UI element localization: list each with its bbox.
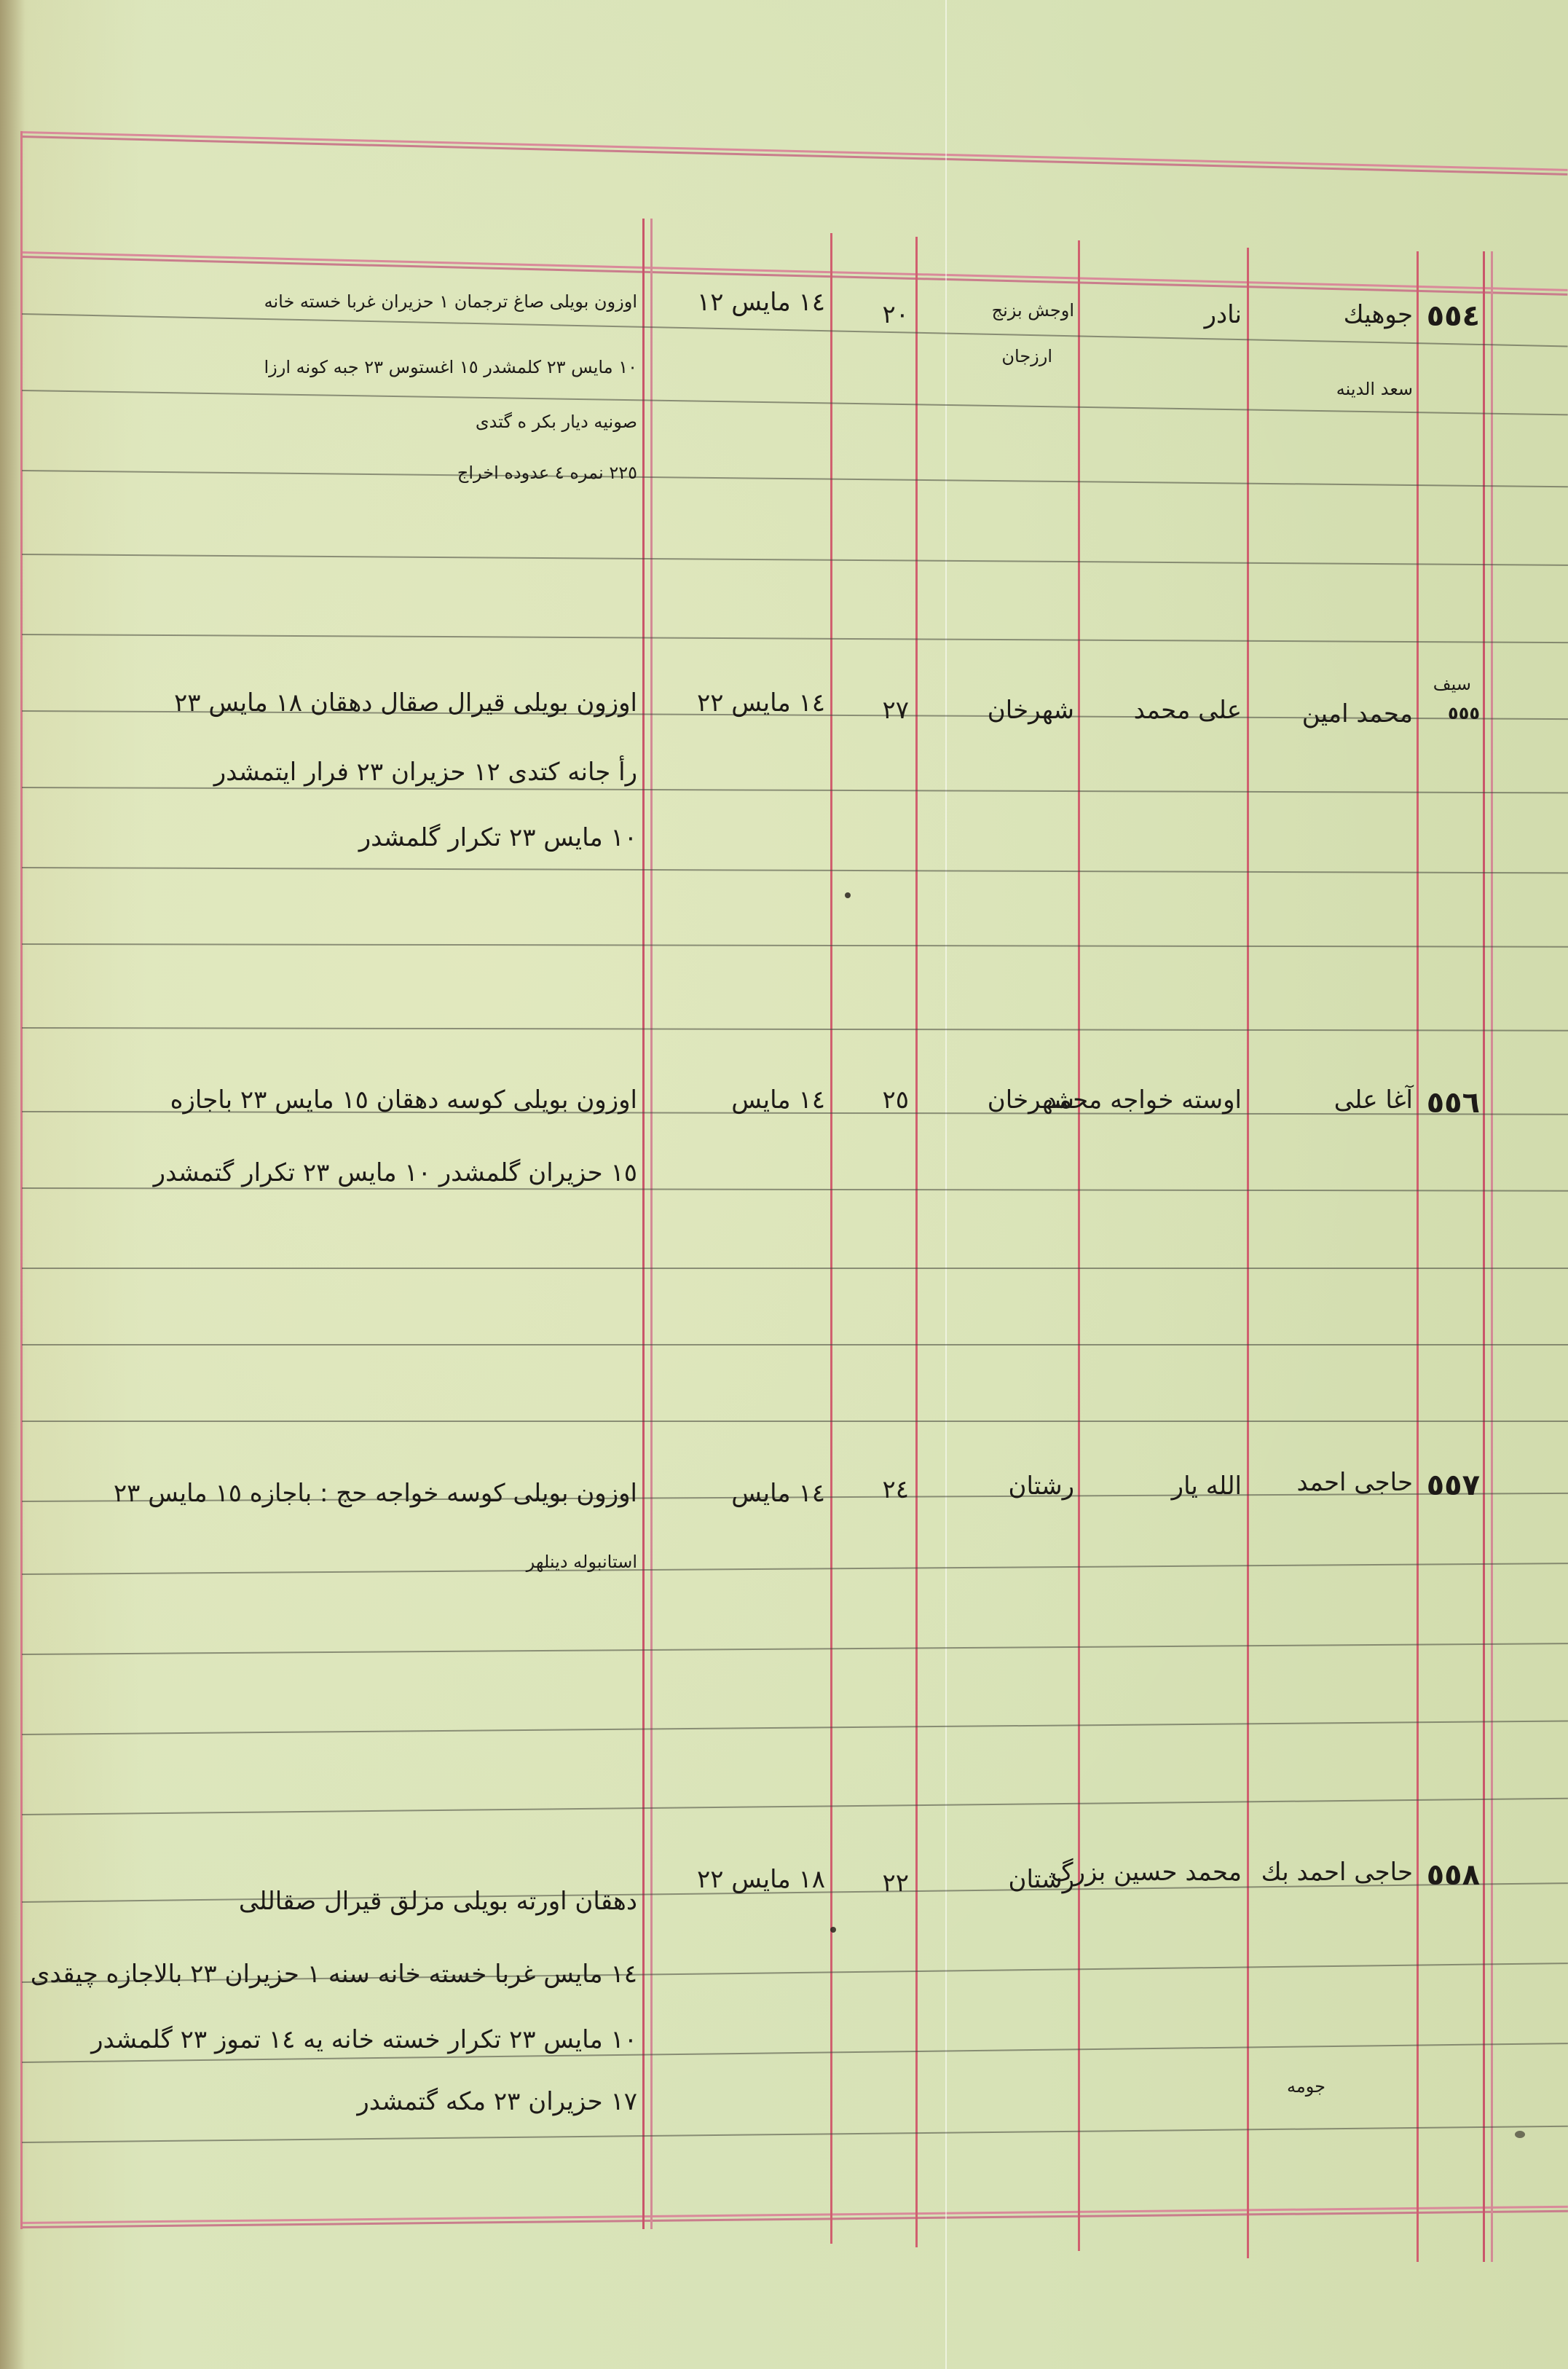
- writing-line: [22, 1187, 1568, 1192]
- column-rule-origin: [1078, 240, 1080, 2251]
- entry-age: ٢٢: [836, 1869, 909, 1898]
- footer-rule: [22, 2206, 1568, 2228]
- writing-line: [22, 634, 1568, 643]
- entry-name-note: سعد الدينه: [1253, 379, 1413, 400]
- entry-remarks-line: ١٠ مايس ٢٣ تكرار گلمشدر: [29, 823, 637, 853]
- entry-remarks-line: اوزون بويلى صاغ ترجمان ١ حزيران غربا خست…: [29, 291, 637, 313]
- writing-line: [22, 1027, 1568, 1032]
- column-rule-remarks: [642, 219, 653, 2229]
- entry-name: حاجى احمد: [1253, 1468, 1413, 1498]
- entry-father: على محمد: [1085, 696, 1242, 726]
- left-margin-rule: [20, 131, 23, 2229]
- entry-remarks-line: ١٤ مايس غربا خسته خانه سنه ١ حزيران ٢٣ ب…: [29, 1960, 637, 1989]
- writing-line: [22, 1798, 1568, 1815]
- writing-line: [22, 943, 1568, 948]
- entry-remarks-line: اوزون بويلى كوسه دهقان ١٥ مايس ٢٣ باجازه: [29, 1085, 637, 1115]
- writing-line: [22, 787, 1568, 793]
- entry-age: ٢٥: [836, 1085, 909, 1115]
- header-rule-top: [22, 131, 1568, 176]
- writing-line: [22, 867, 1568, 873]
- entry-remarks-line: صونيه ديار بكر ه گتدى: [29, 412, 637, 433]
- entry-date: ١٤ مايس ١٢: [650, 288, 825, 318]
- entry-father: نادر: [1085, 300, 1242, 330]
- entry-father: اوسته خواجه محمد: [1085, 1085, 1242, 1115]
- column-rule-age: [915, 237, 918, 2247]
- entry-father: محمد حسين بزرگ: [1085, 1858, 1242, 1887]
- entry-remarks-line: ١٠ مايس ٢٣ كلمشدر ١٥ اغستوس ٢٣ جبه كونه …: [29, 357, 637, 378]
- column-rule-father: [1247, 248, 1249, 2258]
- entry-name-note: جومه: [1253, 2076, 1325, 2097]
- entry-remarks-line: اوزون بويلى قيرال صقال دهقان ١٨ مايس ٢٣: [29, 688, 637, 718]
- entry-age: ٢٠: [836, 300, 909, 330]
- entry-name: جوهيك: [1253, 300, 1413, 330]
- entry-date: ١٨ مايس ٢٢: [650, 1865, 825, 1895]
- entry-remarks-line: استانبوله دينلهر: [29, 1552, 637, 1573]
- entry-remarks-line: ١٧ حزيران ٢٣ مكه گتمشدر: [29, 2087, 637, 2117]
- entry-number: ٥٥٥: [1422, 703, 1480, 724]
- register-page: ٥٥٤ جوهيك سعد الدينه نادر اوجش بزنج ارزج…: [0, 0, 1568, 2369]
- entry-number: ٥٥٤: [1422, 299, 1480, 334]
- entry-date: ١٤ مايس: [650, 1479, 825, 1509]
- writing-line: [22, 1421, 1568, 1422]
- entry-origin-note: ارزجان: [921, 346, 1052, 367]
- entry-date: ١٤ مايس ٢٢: [650, 688, 825, 718]
- entry-father: الله يار: [1085, 1472, 1242, 1501]
- entry-name: محمد امين: [1253, 699, 1413, 729]
- writing-line: [22, 1344, 1568, 1345]
- entry-name: حاجى احمد بك: [1253, 1858, 1413, 1887]
- entry-origin: شهرخان: [921, 1085, 1074, 1115]
- entry-age: ٢٤: [836, 1475, 909, 1505]
- entry-number: ٥٥٨: [1422, 1858, 1480, 1893]
- writing-line: [22, 1720, 1568, 1735]
- writing-line: [22, 1643, 1568, 1655]
- entry-name-note: سيف: [1427, 674, 1471, 695]
- entry-number: ٥٥٧: [1422, 1468, 1480, 1503]
- entry-age: ٢٧: [836, 696, 909, 726]
- entry-origin: رشتان: [921, 1472, 1074, 1501]
- entry-remarks-line: ١٠ مايس ٢٣ تكرار خسته خانه يه ١٤ تموز ٢٣…: [29, 2025, 637, 2055]
- entry-origin: شهرخان: [921, 696, 1074, 726]
- writing-line: [22, 2126, 1568, 2143]
- entry-origin: رشتان: [921, 1865, 1074, 1895]
- entry-remarks-line: ٢٢٥ نمره ٤ عدوده اخراج: [29, 463, 637, 484]
- entry-number: ٥٥٦: [1422, 1085, 1480, 1120]
- entry-remarks-line: رأ جانه كتدى ١٢ حزيران ٢٣ فرار ايتمشدر: [29, 758, 637, 787]
- writing-line: [22, 554, 1568, 566]
- entry-origin: اوجش بزنج: [921, 300, 1074, 321]
- column-rule-name: [1417, 251, 1419, 2262]
- ink-dot: [845, 892, 851, 898]
- ink-dot: [830, 1927, 836, 1933]
- entry-date: ١٤ مايس: [650, 1085, 825, 1115]
- writing-line: [22, 1268, 1568, 1269]
- entry-remarks-line: ١٥ حزيران گلمشدر ١٠ مايس ٢٣ تكرار گتمشدر: [29, 1158, 637, 1188]
- entry-remarks-line: دهقان اورته بويلى مزلق قيرال صقاللى: [29, 1887, 637, 1917]
- entry-name: آغا على: [1253, 1085, 1413, 1115]
- column-rule-number: [1483, 251, 1493, 2262]
- ink-mark: [1515, 2131, 1525, 2138]
- column-rule-date: [830, 233, 832, 2244]
- entry-remarks-line: اوزون بويلى كوسه خواجه حج : باجازه ١٥ ما…: [29, 1479, 637, 1509]
